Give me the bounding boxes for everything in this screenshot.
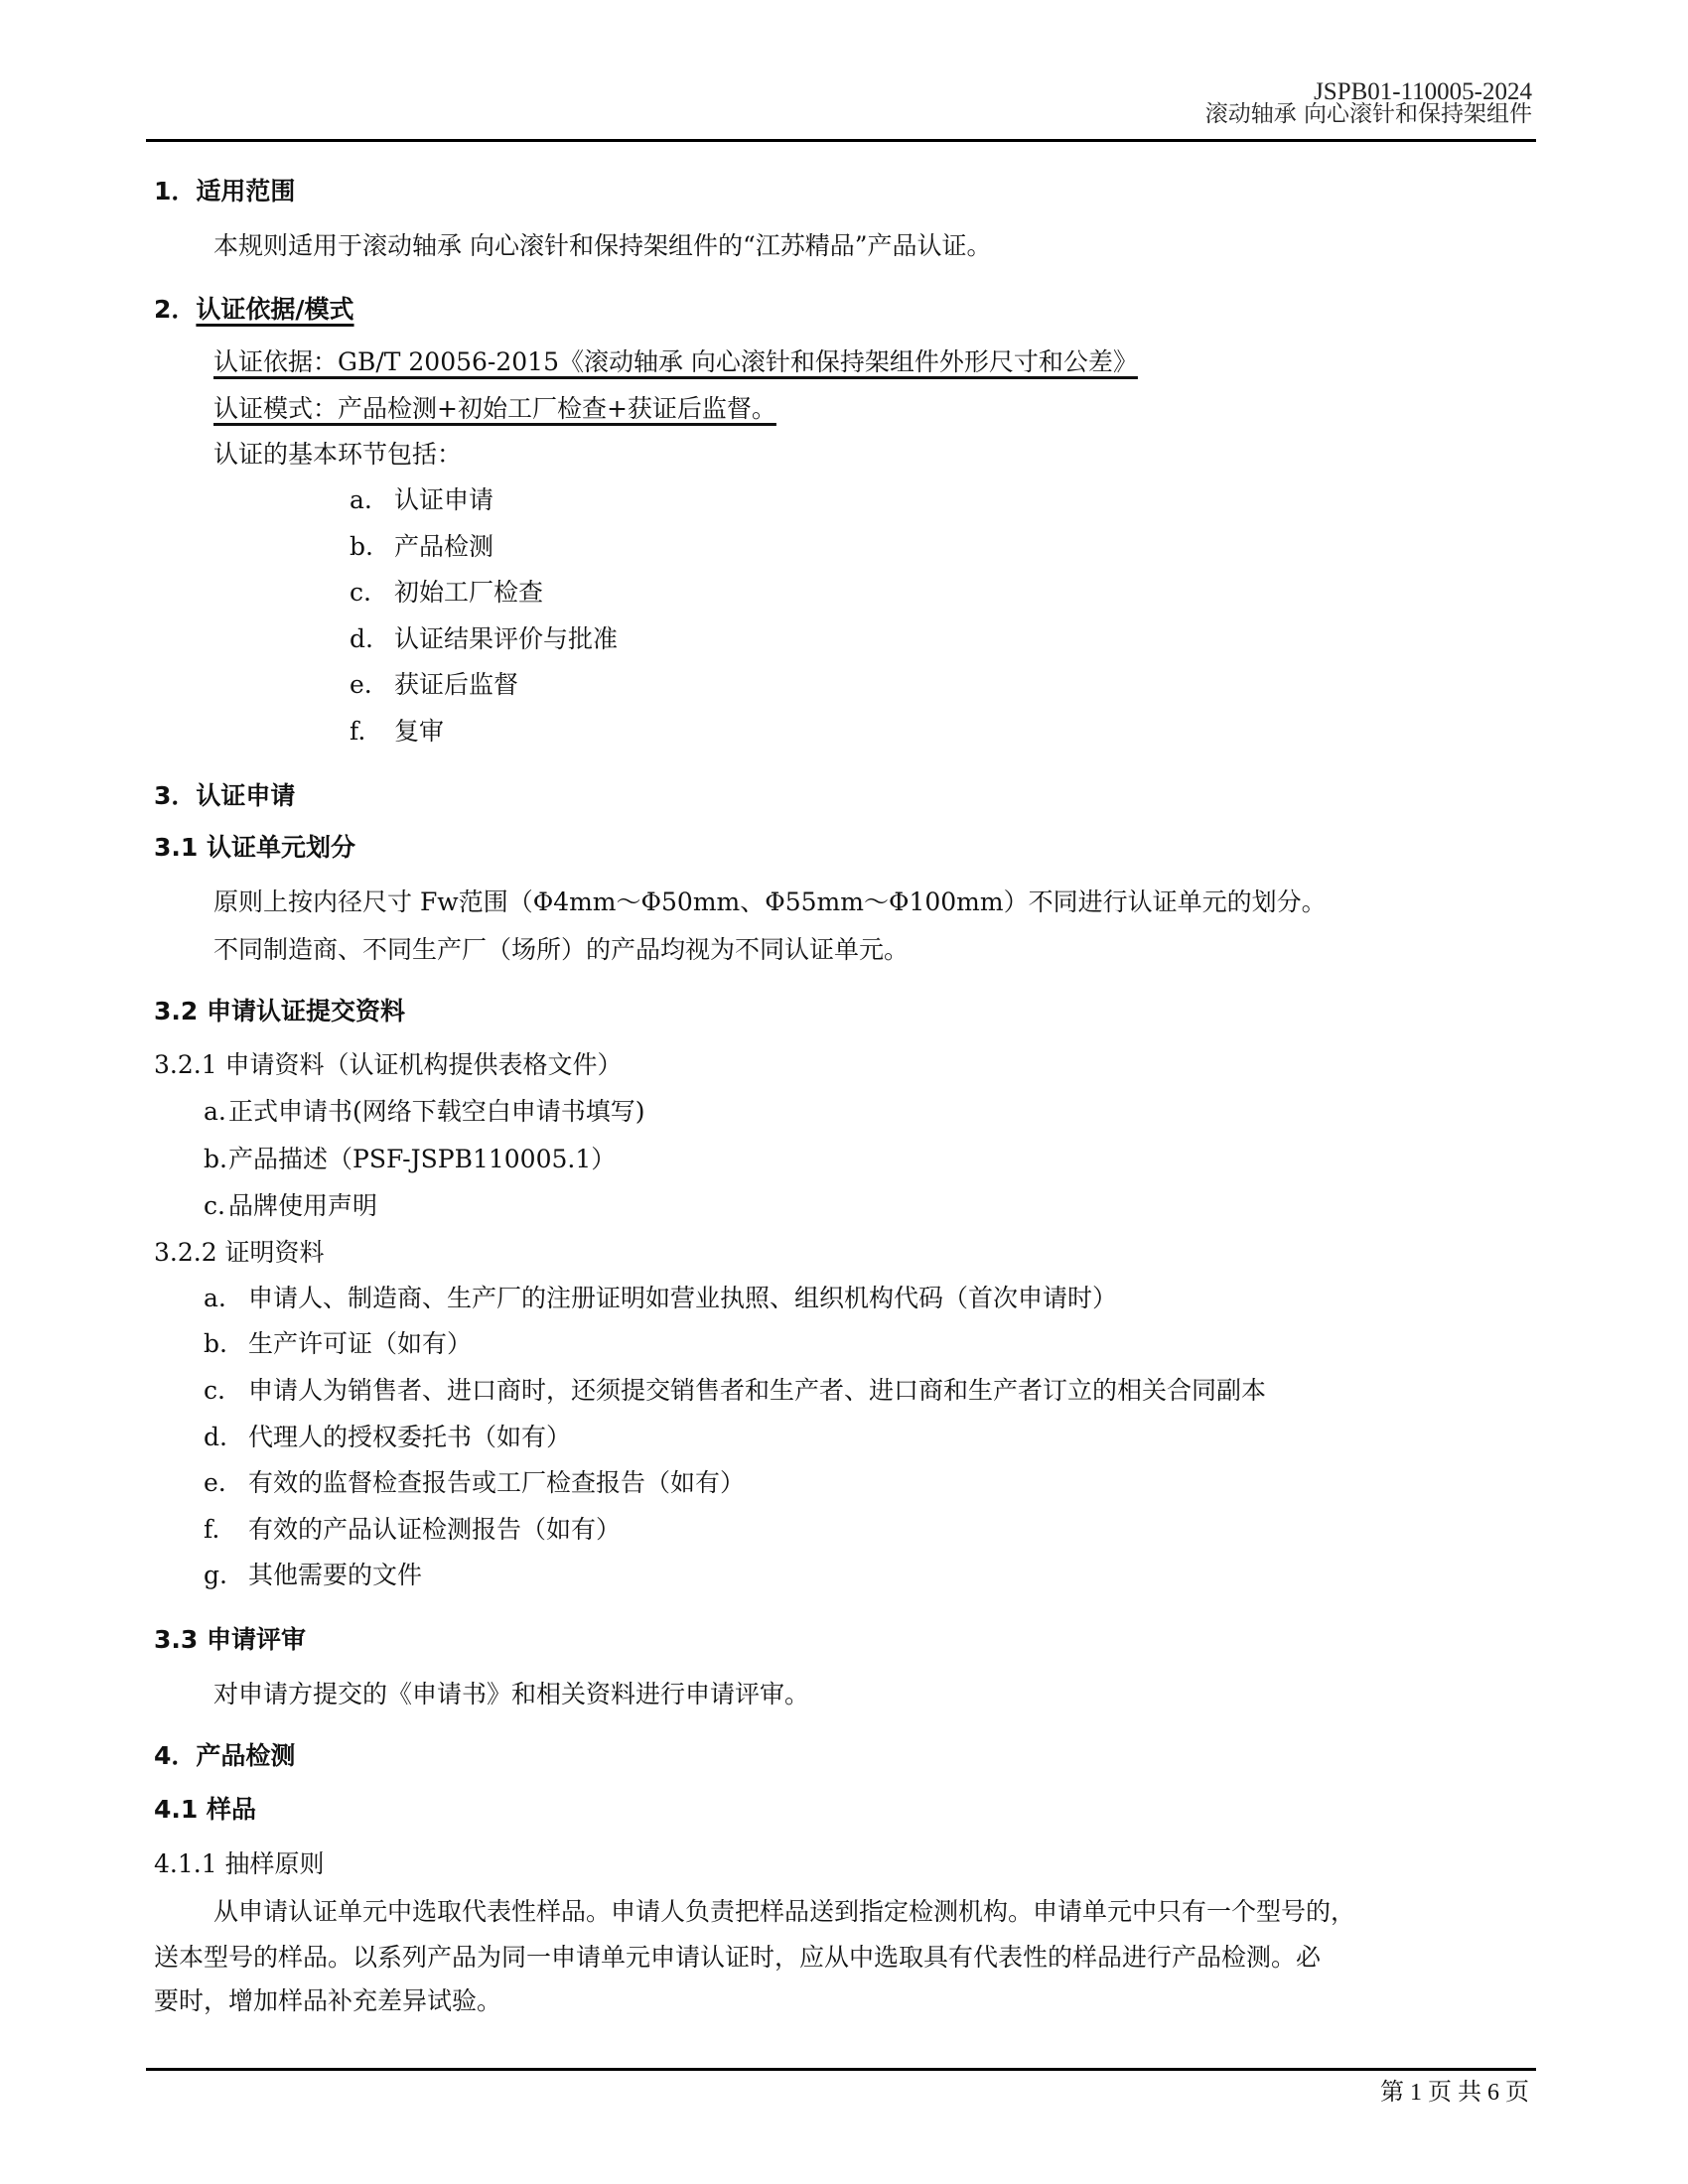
list-item: f.有效的产品认证检测报告（如有）	[204, 1517, 621, 1542]
list-item: g.其他需要的文件	[204, 1563, 422, 1587]
section-3-1-title: 3.1 认证单元划分	[154, 835, 355, 860]
section-3-3-title: 3.3 申请评审	[154, 1627, 306, 1652]
section-3-2-title: 3.2 申请认证提交资料	[154, 999, 405, 1024]
section-3-title: 3．认证申请	[154, 783, 295, 808]
section-4-title: 4．产品检测	[154, 1743, 295, 1768]
list-item: b.生产许可证（如有）	[204, 1331, 472, 1356]
section-1-title: 1．适用范围	[154, 179, 295, 204]
section-3-1-line: 不同制造商、不同生产厂（场所）的产品均视为不同认证单元。	[213, 937, 909, 962]
section-4-1-title: 4.1 样品	[154, 1797, 256, 1822]
list-item: e.获证后监督	[350, 672, 518, 697]
footer-divider	[146, 2068, 1536, 2071]
section-3-2-1-title: 3.2.1 申请资料（认证机构提供表格文件）	[154, 1052, 623, 1077]
list-item: d.认证结果评价与批准	[350, 626, 618, 651]
list-item: c.品牌使用声明	[204, 1193, 377, 1218]
certification-basis: 认证依据：GB/T 20056-2015《滚动轴承 向心滚针和保持架组件外形尺寸…	[213, 349, 1138, 374]
basic-steps-intro: 认证的基本环节包括：	[213, 442, 462, 467]
list-item: b.产品描述（PSF-JSPB110005.1）	[204, 1147, 616, 1171]
list-item: d.代理人的授权委托书（如有）	[204, 1425, 571, 1449]
section-3-3-body: 对申请方提交的《申请书》和相关资料进行申请评审。	[213, 1682, 809, 1706]
section-4-1-1-line: 从申请认证单元中选取代表性样品。申请人负责把样品送到指定检测机构。申请单元中只有…	[213, 1899, 1355, 1924]
list-item: b.产品检测	[350, 534, 493, 559]
list-item: a.认证申请	[350, 487, 493, 512]
certification-mode: 认证模式：产品检测+初始工厂检查+获证后监督。	[213, 396, 776, 421]
section-2-heading: 2．认证依据/模式	[154, 297, 354, 322]
list-item: a.申请人、制造商、生产厂的注册证明如营业执照、组织机构代码（首次申请时）	[204, 1286, 1117, 1310]
section-2-number: 2．	[154, 295, 196, 324]
section-3-2-2-title: 3.2.2 证明资料	[154, 1240, 325, 1265]
list-item: a.正式申请书(网络下载空白申请书填写)	[204, 1099, 645, 1124]
list-item: e.有效的监督检查报告或工厂检查报告（如有）	[204, 1470, 745, 1495]
section-4-1-1-title: 4.1.1 抽样原则	[154, 1851, 325, 1876]
section-2-title: 认证依据/模式	[196, 295, 353, 324]
section-3-1-line: 原则上按内径尺寸 Fw范围（Φ4mm～Φ50mm、Φ55mm～Φ100mm）不同…	[213, 889, 1327, 914]
page-number: 第 1 页 共 6 页	[1380, 2081, 1529, 2105]
list-item: f.复审	[350, 719, 444, 744]
section-1-body: 本规则适用于滚动轴承 向心滚针和保持架组件的“江苏精品”产品认证。	[213, 233, 992, 258]
section-4-1-1-line: 要时，增加样品补充差异试验。	[154, 1988, 501, 2013]
list-item: c.申请人为销售者、进口商时，还须提交销售者和生产者、进口商和生产者订立的相关合…	[204, 1378, 1266, 1403]
header-divider	[146, 139, 1536, 142]
section-4-1-1-line: 送本型号的样品。以系列产品为同一申请单元申请认证时，应从中选取具有代表性的样品进…	[154, 1945, 1321, 1970]
list-item: c.初始工厂检查	[350, 580, 543, 605]
document-subtitle: 滚动轴承 向心滚针和保持架组件	[1205, 103, 1532, 126]
